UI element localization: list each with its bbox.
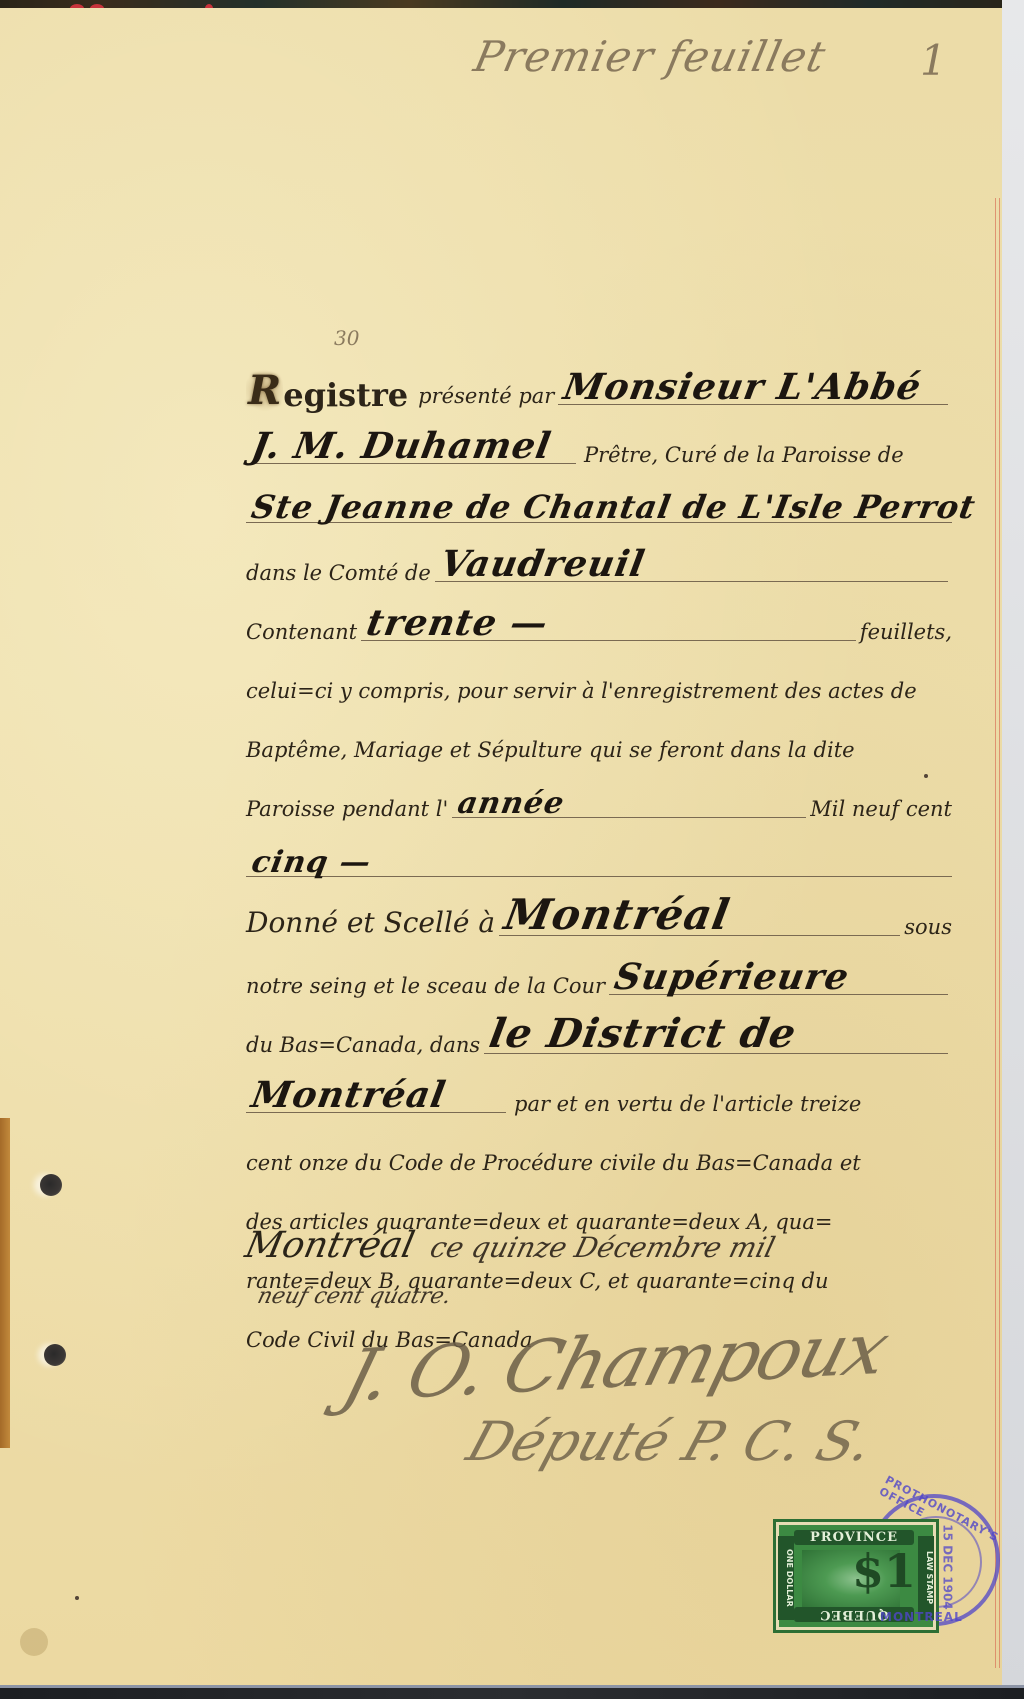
cancellation-city: MONTREAL xyxy=(880,1610,963,1624)
printed-text: dans le Comté de xyxy=(246,561,431,591)
binding-tab xyxy=(0,1118,10,1448)
form-line: Paroisse pendant l' année Mil neuf cent xyxy=(246,768,952,827)
register-form: R egistre présenté par Monsieur L'Abbé J… xyxy=(246,355,952,1358)
margin-rule xyxy=(999,198,1000,1668)
closing-date-line2: neuf cent quatre. xyxy=(255,1284,454,1309)
stain xyxy=(20,1628,48,1656)
form-line: R egistre présenté par Monsieur L'Abbé xyxy=(246,355,952,414)
printed-text: par et en vertu de l'article treize xyxy=(514,1092,861,1122)
handwritten-entry: Montréal xyxy=(501,890,734,939)
book-bottom-edge xyxy=(0,1685,1024,1699)
fill-in-field: année xyxy=(452,777,806,818)
handwritten-entry: le District de xyxy=(486,1010,800,1057)
signature-title: Député P. C. S. xyxy=(460,1410,882,1473)
fill-in-field: J. M. Duhamel xyxy=(246,423,576,464)
ornate-initial: R xyxy=(246,367,283,414)
printed-text: sous xyxy=(904,915,952,945)
closing-place: Montréal xyxy=(242,1225,418,1266)
punch-hole xyxy=(40,1174,62,1196)
punch-hole xyxy=(44,1344,66,1366)
form-line: Donné et Scellé à Montréal sous xyxy=(246,886,952,945)
form-line: celui=ci y compris, pour servir à l'enre… xyxy=(246,650,952,709)
ink-dot xyxy=(75,1596,79,1600)
printed-text: Baptême, Mariage et Sépulture qui se fer… xyxy=(246,738,855,768)
stamp-top-label: PROVINCE xyxy=(794,1530,914,1545)
form-line: J. M. Duhamel Prêtre, Curé de la Paroiss… xyxy=(246,414,952,473)
form-line: Montréal par et en vertu de l'article tr… xyxy=(246,1063,952,1122)
header-note: Premier feuillet xyxy=(470,32,831,81)
form-line: dans le Comté de Vaudreuil xyxy=(246,532,952,591)
folio-number: 1 xyxy=(920,36,947,85)
handwritten-entry: cinq — xyxy=(249,845,374,880)
printed-text: Prêtre, Curé de la Paroisse de xyxy=(584,443,904,473)
form-line: cent onze du Code de Procédure civile du… xyxy=(246,1122,952,1181)
fill-in-field: Supérieure xyxy=(609,954,948,995)
stamp-right-label: LAW STAMP xyxy=(918,1536,934,1620)
closing-date-line1: ce quinze Décembre mil xyxy=(427,1231,779,1264)
printed-text: Donné et Scellé à xyxy=(246,906,495,945)
form-line: Baptême, Mariage et Sépulture qui se fer… xyxy=(246,709,952,768)
handwritten-entry: trente — xyxy=(363,602,551,644)
background-strip xyxy=(1002,0,1024,1699)
printed-text: Paroisse pendant l' xyxy=(246,797,448,827)
form-line: du Bas=Canada, dans le District de xyxy=(246,1004,952,1063)
closing-place-date: Montréal ce quinze Décembre mil xyxy=(246,1225,966,1266)
handwritten-entry: Ste Jeanne de Chantal de L'Isle Perrot xyxy=(249,488,979,526)
printed-text: présenté par xyxy=(418,384,554,414)
form-line: notre seing et le sceau de la Cour Supér… xyxy=(246,945,952,1004)
handwritten-entry: année xyxy=(455,786,567,821)
handwritten-entry: J. M. Duhamel xyxy=(248,425,554,467)
handwritten-entry: Montréal xyxy=(248,1074,449,1116)
printed-text: du Bas=Canada, dans xyxy=(246,1033,480,1063)
printed-text: Contenant xyxy=(246,620,357,650)
printed-text: feuillets, xyxy=(860,620,952,650)
form-line: Ste Jeanne de Chantal de L'Isle Perrot xyxy=(246,473,952,532)
fill-in-field: Montréal xyxy=(499,895,900,936)
printed-text: celui=ci y compris, pour servir à l'enre… xyxy=(246,679,917,709)
stamp-left-label: ONE DOLLAR xyxy=(778,1536,794,1620)
form-line: cinq — xyxy=(246,827,952,886)
printed-text: notre seing et le sceau de la Cour xyxy=(246,974,605,1004)
form-line: Contenant trente — feuillets, xyxy=(246,591,952,650)
handwritten-entry: Vaudreuil xyxy=(437,543,648,585)
fill-in-field: Montréal xyxy=(246,1072,506,1113)
fill-in-field: le District de xyxy=(484,1013,948,1054)
handwritten-entry: Monsieur L'Abbé xyxy=(561,366,925,408)
cancellation-date: 15 DEC 1904 xyxy=(941,1524,955,1609)
registre-heading: egistre xyxy=(283,376,408,414)
fill-in-field: trente — xyxy=(361,600,856,641)
fill-in-field: Vaudreuil xyxy=(435,541,948,582)
handwritten-entry: Supérieure xyxy=(611,956,852,998)
fill-in-field: Monsieur L'Abbé xyxy=(558,364,948,405)
page-edge xyxy=(0,1685,1024,1688)
fill-in-field: cinq — xyxy=(246,836,952,877)
printed-text: cent onze du Code de Procédure civile du… xyxy=(246,1151,861,1181)
margin-rule xyxy=(995,198,996,1668)
leaf-count-note: 30 xyxy=(334,326,359,350)
fill-in-field: Ste Jeanne de Chantal de L'Isle Perrot xyxy=(246,482,952,523)
printed-text: Mil neuf cent xyxy=(810,797,952,827)
stamp-denomination: $1 xyxy=(852,1544,916,1598)
